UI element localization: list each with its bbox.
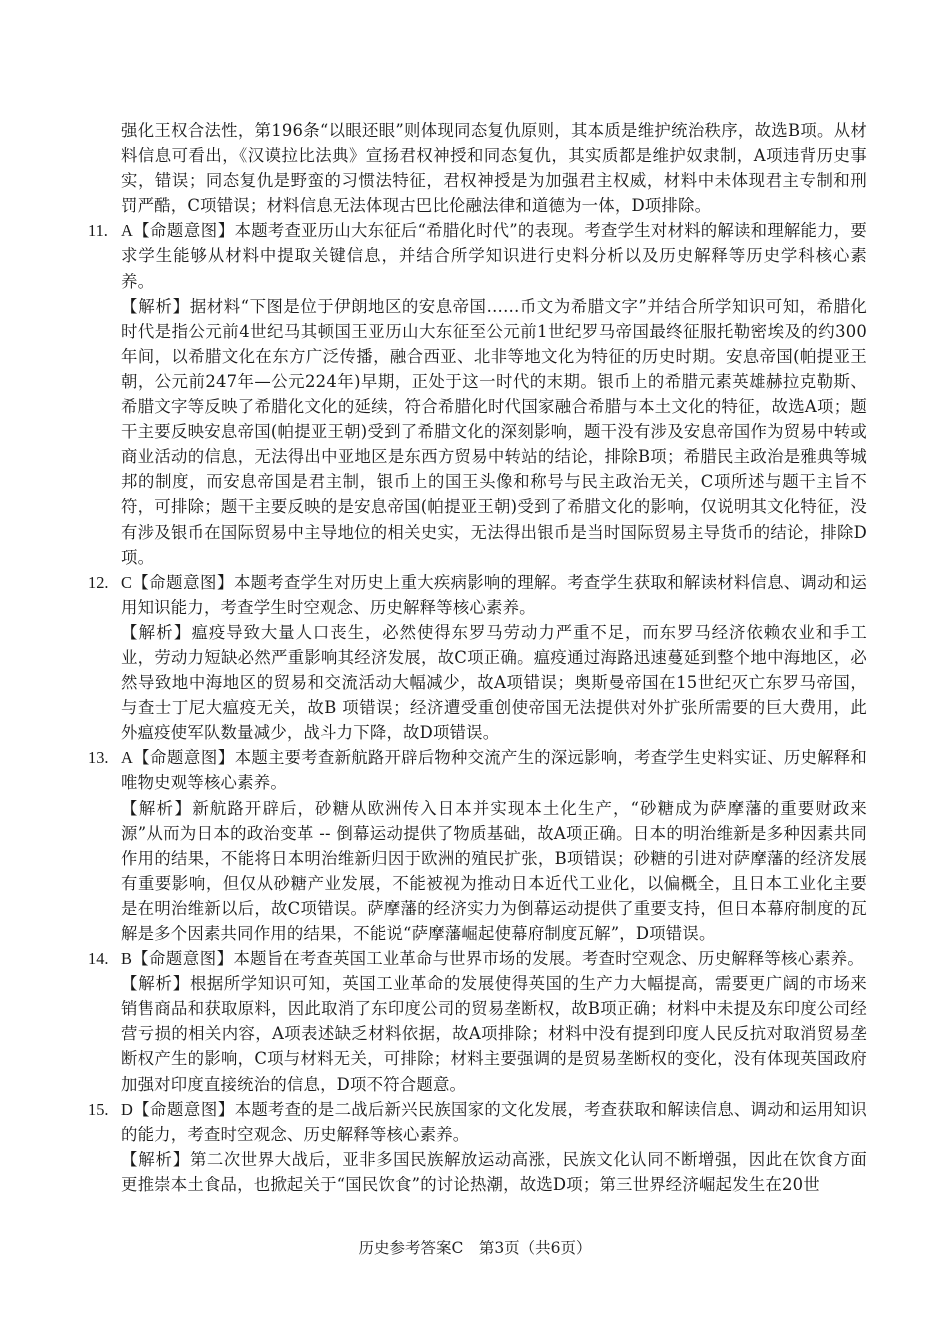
intent-paragraph: D【命题意图】本题考查的是二战后新兴民族国家的文化发展，考查获取和解读信息、调动… — [121, 1097, 867, 1147]
item-number: 13. — [88, 745, 109, 770]
analysis-paragraph: 【解析】新航路开辟后，砂糖从欧洲传入日本并实现本土化生产，“砂糖成为萨摩藩的重要… — [121, 796, 867, 947]
item-number: 15. — [88, 1097, 109, 1122]
analysis-text: 瘟疫导致大量人口丧生，必然使得东罗马劳动力严重不足，而东罗马经济依赖农业和手工业… — [121, 623, 867, 742]
continuation-paragraph: 强化王权合法性，第196条“以眼还眼”则体现同态复仇原则，其本质是维护统治秩序，… — [121, 118, 867, 218]
analysis-tag: 【解析】 — [121, 623, 192, 642]
analysis-tag: 【解析】 — [121, 1150, 190, 1169]
item-number: 12. — [88, 570, 109, 595]
answer-item-11: 11. A【命题意图】本题考查亚历山大东征后“希腊化时代”的表现。考查学生对材料… — [121, 218, 867, 569]
intent-paragraph: A【命题意图】本题主要考查新航路开辟后物种交流产生的深远影响，考查学生史料实证、… — [121, 745, 867, 795]
item-number: 11. — [88, 218, 108, 243]
analysis-paragraph: 【解析】第二次世界大战后，亚非多国民族解放运动高涨，民族文化认同不断增强，因此在… — [121, 1147, 867, 1197]
intent-paragraph: C【命题意图】本题考查学生对历史上重大疾病影响的理解。考查学生获取和解读材料信息… — [121, 570, 867, 620]
page-footer: 历史参考答案C 第3页（共6页） — [0, 1236, 950, 1258]
answer-item-15: 15. D【命题意图】本题考查的是二战后新兴民族国家的文化发展，考查获取和解读信… — [121, 1097, 867, 1197]
analysis-paragraph: 【解析】据材料“下图是位于伊朗地区的安息帝国……币文为希腊文字”并结合所学知识可… — [121, 294, 867, 570]
answer-letter: A — [121, 748, 133, 767]
intent-text: 本题旨在考查英国工业革命与世界市场的发展。考查时空观念、历史解释等核心素养。 — [233, 949, 863, 968]
analysis-tag: 【解析】 — [121, 297, 190, 316]
answer-item-12: 12. C【命题意图】本题考查学生对历史上重大疾病影响的理解。考查学生获取和解读… — [121, 570, 867, 746]
answer-letter: A — [121, 221, 133, 240]
answer-item-13: 13. A【命题意图】本题主要考查新航路开辟后物种交流产生的深远影响，考查学生史… — [121, 745, 867, 946]
intent-tag: 【命题意图】 — [133, 1100, 235, 1119]
analysis-paragraph: 【解析】根据所学知识可知，英国工业革命的发展使得英国的生产力大幅提高，需要更广阔… — [121, 971, 867, 1096]
analysis-text: 根据所学知识可知，英国工业革命的发展使得英国的生产力大幅提高，需要更广阔的市场来… — [121, 974, 867, 1093]
answer-item-14: 14. B【命题意图】本题旨在考查英国工业革命与世界市场的发展。考查时空观念、历… — [121, 946, 867, 1097]
analysis-paragraph: 【解析】瘟疫导致大量人口丧生，必然使得东罗马劳动力严重不足，而东罗马经济依赖农业… — [121, 620, 867, 745]
answer-letter: C — [121, 573, 132, 592]
intent-tag: 【命题意图】 — [133, 221, 235, 240]
document-page: 强化王权合法性，第196条“以眼还眼”则体现同态复仇原则，其本质是维护统治秩序，… — [0, 0, 950, 1344]
analysis-tag: 【解析】 — [121, 799, 192, 818]
analysis-text: 新航路开辟后，砂糖从欧洲传入日本并实现本土化生产，“砂糖成为萨摩藩的重要财政来源… — [121, 799, 867, 943]
answer-letter: D — [121, 1100, 133, 1119]
intent-tag: 【命题意图】 — [132, 949, 233, 968]
intent-paragraph: A【命题意图】本题考查亚历山大东征后“希腊化时代”的表现。考查学生对材料的解读和… — [121, 218, 867, 293]
answer-letter: B — [121, 949, 132, 968]
analysis-text: 据材料“下图是位于伊朗地区的安息帝国……币文为希腊文字”并结合所学知识可知，希腊… — [121, 297, 867, 567]
intent-paragraph: B【命题意图】本题旨在考查英国工业革命与世界市场的发展。考查时空观念、历史解释等… — [121, 946, 867, 971]
answer-content: 强化王权合法性，第196条“以眼还眼”则体现同态复仇原则，其本质是维护统治秩序，… — [121, 118, 867, 1197]
intent-tag: 【命题意图】 — [132, 573, 234, 592]
analysis-tag: 【解析】 — [121, 974, 190, 993]
analysis-text: 第二次世界大战后，亚非多国民族解放运动高涨，民族文化认同不断增强，因此在饮食方面… — [121, 1150, 867, 1194]
item-number: 14. — [88, 946, 109, 971]
intent-tag: 【命题意图】 — [133, 748, 235, 767]
